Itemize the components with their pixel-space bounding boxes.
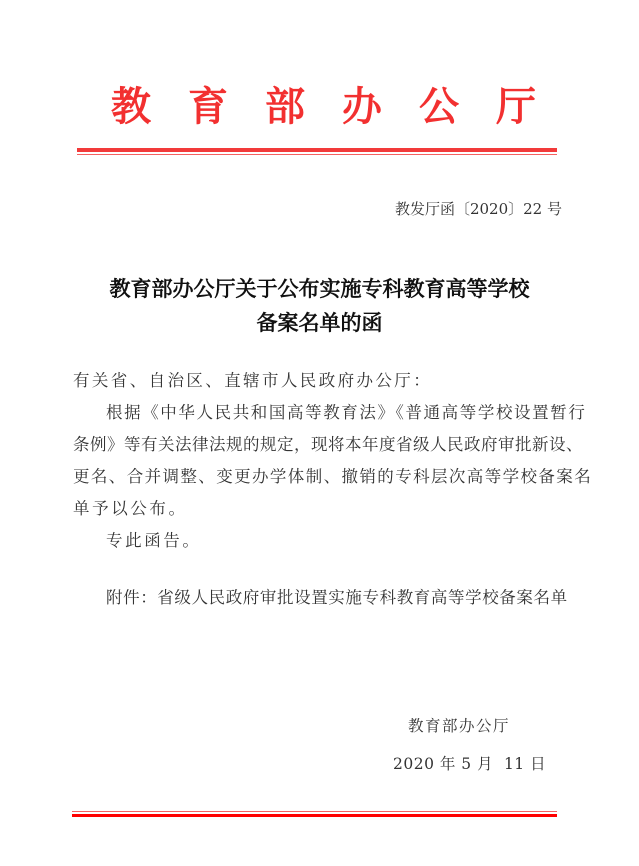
masthead-thick-rule [77,148,557,152]
footer-thin-rule [72,811,557,812]
attachment-reference: 附件：省级人民政府审批设置实施专科教育高等学校备案名单 [106,587,558,609]
masthead-char: 公 [419,82,459,132]
signature-issuer: 教育部办公厅 [408,715,510,737]
closing-remark: 专此函告。 [106,530,558,552]
body-paragraph-line: 更名、合并调整、变更办学体制、撤销的专科层次高等学校备案名 [73,466,558,488]
masthead-char: 育 [188,82,228,132]
body-paragraph-line: 根据《中华人民共和国高等教育法》《普通高等学校设置暂行 [106,402,558,424]
document-number: 教发厅函〔2020〕22 号 [395,198,562,220]
body-paragraph-line: 单予以公布。 [73,498,558,520]
masthead-char: 教 [111,82,151,132]
masthead-char: 厅 [496,82,536,132]
signature-date: 2020 年 5 月 11 日 [393,753,546,775]
masthead-char: 部 [265,82,305,132]
masthead-thin-rule [77,154,557,155]
footer-thick-rule [72,814,557,817]
document-title-line-2: 备案名单的函 [0,306,639,339]
document-title-line-1: 教育部办公厅关于公布实施专科教育高等学校 [0,272,639,305]
body-paragraph-line: 条例》等有关法律法规的规定，现将本年度省级人民政府审批新设、 [73,434,558,456]
masthead-char: 办 [342,82,382,132]
masthead-issuer-name: 教 育 部 办 公 厅 [0,82,639,132]
salutation: 有关省、自治区、直辖市人民政府办公厅： [73,370,558,392]
